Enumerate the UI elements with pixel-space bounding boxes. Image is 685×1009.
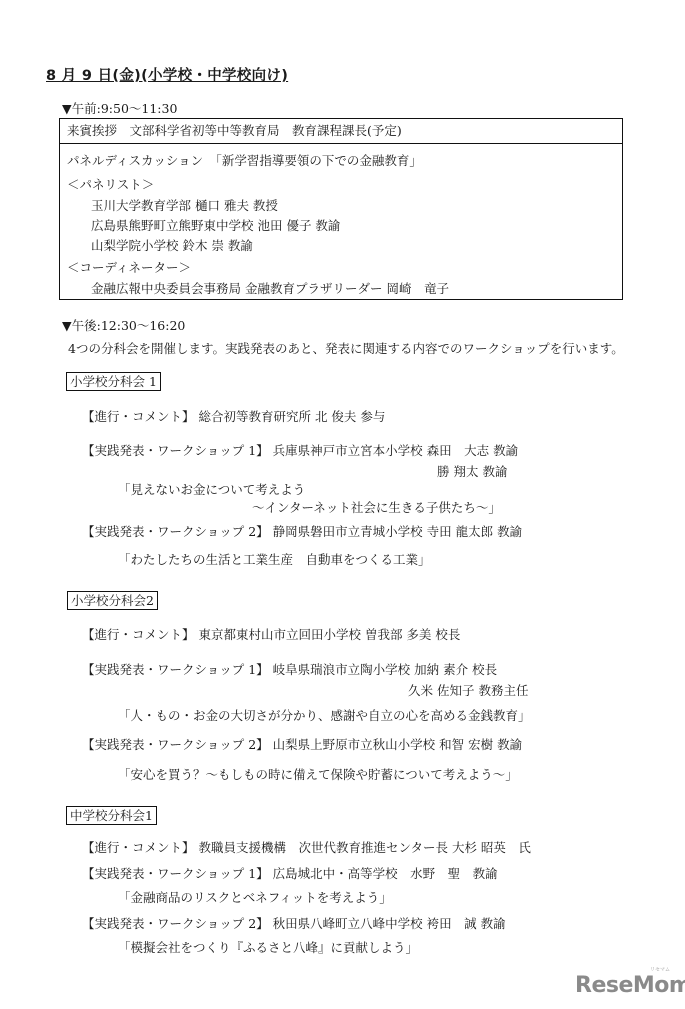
session-workshop-1-extra: 久米 佐知子 教務主任 — [408, 681, 528, 699]
session-moderator: 【進行・コメント】 教職員支援機構 次世代教育推進センター長 大杉 昭英 氏 — [82, 838, 531, 856]
greeting-row: 来賓挨拶 文部科学省初等中等教育局 教育課程課長(予定) — [60, 119, 622, 144]
session-label: 小学校分科会2 — [67, 591, 158, 610]
panelist-item: 広島県熊野町立熊野東中学校 池田 優子 教諭 — [91, 216, 340, 234]
session-moderator: 【進行・コメント】 総合初等教育研究所 北 俊夫 参与 — [82, 407, 385, 425]
resemom-logo: ReseMom — [575, 973, 685, 998]
session-workshop-2-theme: 「安心を買う？～もしもの時に備えて保険や貯蓄について考えよう～」 — [118, 765, 518, 783]
panelist-item: 山梨学院小学校 鈴木 崇 教諭 — [91, 236, 253, 254]
session-workshop-2-theme: 「模擬会社をつくり『ふるさと八峰』に貢献しよう」 — [118, 938, 418, 956]
coordinator-label: ＜コーディネーター＞ — [67, 258, 191, 276]
session-workshop-1: 【実践発表・ワークショップ 1】 兵庫県神戸市立宮本小学校 森田 大志 教諭 — [82, 441, 518, 459]
session-workshop-1: 【実践発表・ワークショップ 1】 広島城北中・高等学校 水野 聖 教諭 — [82, 864, 498, 882]
morning-heading: ▼午前:9:50～11:30 — [62, 99, 177, 117]
session-moderator: 【進行・コメント】 東京都東村山市立回田小学校 曽我部 多美 校長 — [82, 625, 460, 643]
panelists-label: ＜パネリスト＞ — [67, 175, 154, 193]
session-workshop-1-theme: 「金融商品のリスクとベネフィットを考えよう」 — [118, 888, 392, 906]
panel-discussion-title: パネルディスカッション 「新学習指導要領の下での金融教育」 — [67, 151, 422, 169]
panelist-item: 玉川大学教育学部 樋口 雅夫 教授 — [91, 196, 278, 214]
session-workshop-2: 【実践発表・ワークショップ 2】 秋田県八峰町立八峰中学校 袴田 誠 教諭 — [82, 914, 506, 932]
session-workshop-1-theme-sub: ～インターネット社会に生きる子供たち～」 — [252, 498, 501, 516]
session-workshop-1: 【実践発表・ワークショップ 1】 岐阜県瑞浪市立陶小学校 加納 素介 校長 — [82, 660, 497, 678]
session-label: 小学校分科会 1 — [66, 372, 161, 391]
watermark-subtext: リセマム — [650, 966, 670, 973]
session-workshop-1-theme: 「見えないお金について考えよう — [118, 480, 305, 498]
afternoon-heading: ▼午後:12:30～16:20 — [62, 316, 185, 334]
session-workshop-2: 【実践発表・ワークショップ 2】 山梨県上野原市立秋山小学校 和智 宏樹 教諭 — [82, 735, 522, 753]
session-workshop-2: 【実践発表・ワークショップ 2】 静岡県磐田市立青城小学校 寺田 龍太郎 教諭 — [82, 522, 522, 540]
session-label: 中学校分科会1 — [66, 806, 157, 825]
session-workshop-2-theme: 「わたしたちの生活と工業生産 自動車をつくる工業」 — [118, 550, 431, 568]
coordinator: 金融広報中央委員会事務局 金融教育プラザリーダー 岡崎 竜子 — [91, 279, 449, 297]
page-title: 8 月 9 日(金)(小学校・中学校向け) — [46, 64, 288, 85]
afternoon-intro: 4つの分科会を開催します。実践発表のあと、発表に関連する内容でのワークショップを… — [68, 339, 624, 357]
session-workshop-1-theme: 「人・もの・お金の大切さが分かり、感謝や自立の心を高める金銭教育」 — [118, 706, 531, 724]
session-workshop-1-extra: 勝 翔太 教諭 — [437, 462, 507, 480]
